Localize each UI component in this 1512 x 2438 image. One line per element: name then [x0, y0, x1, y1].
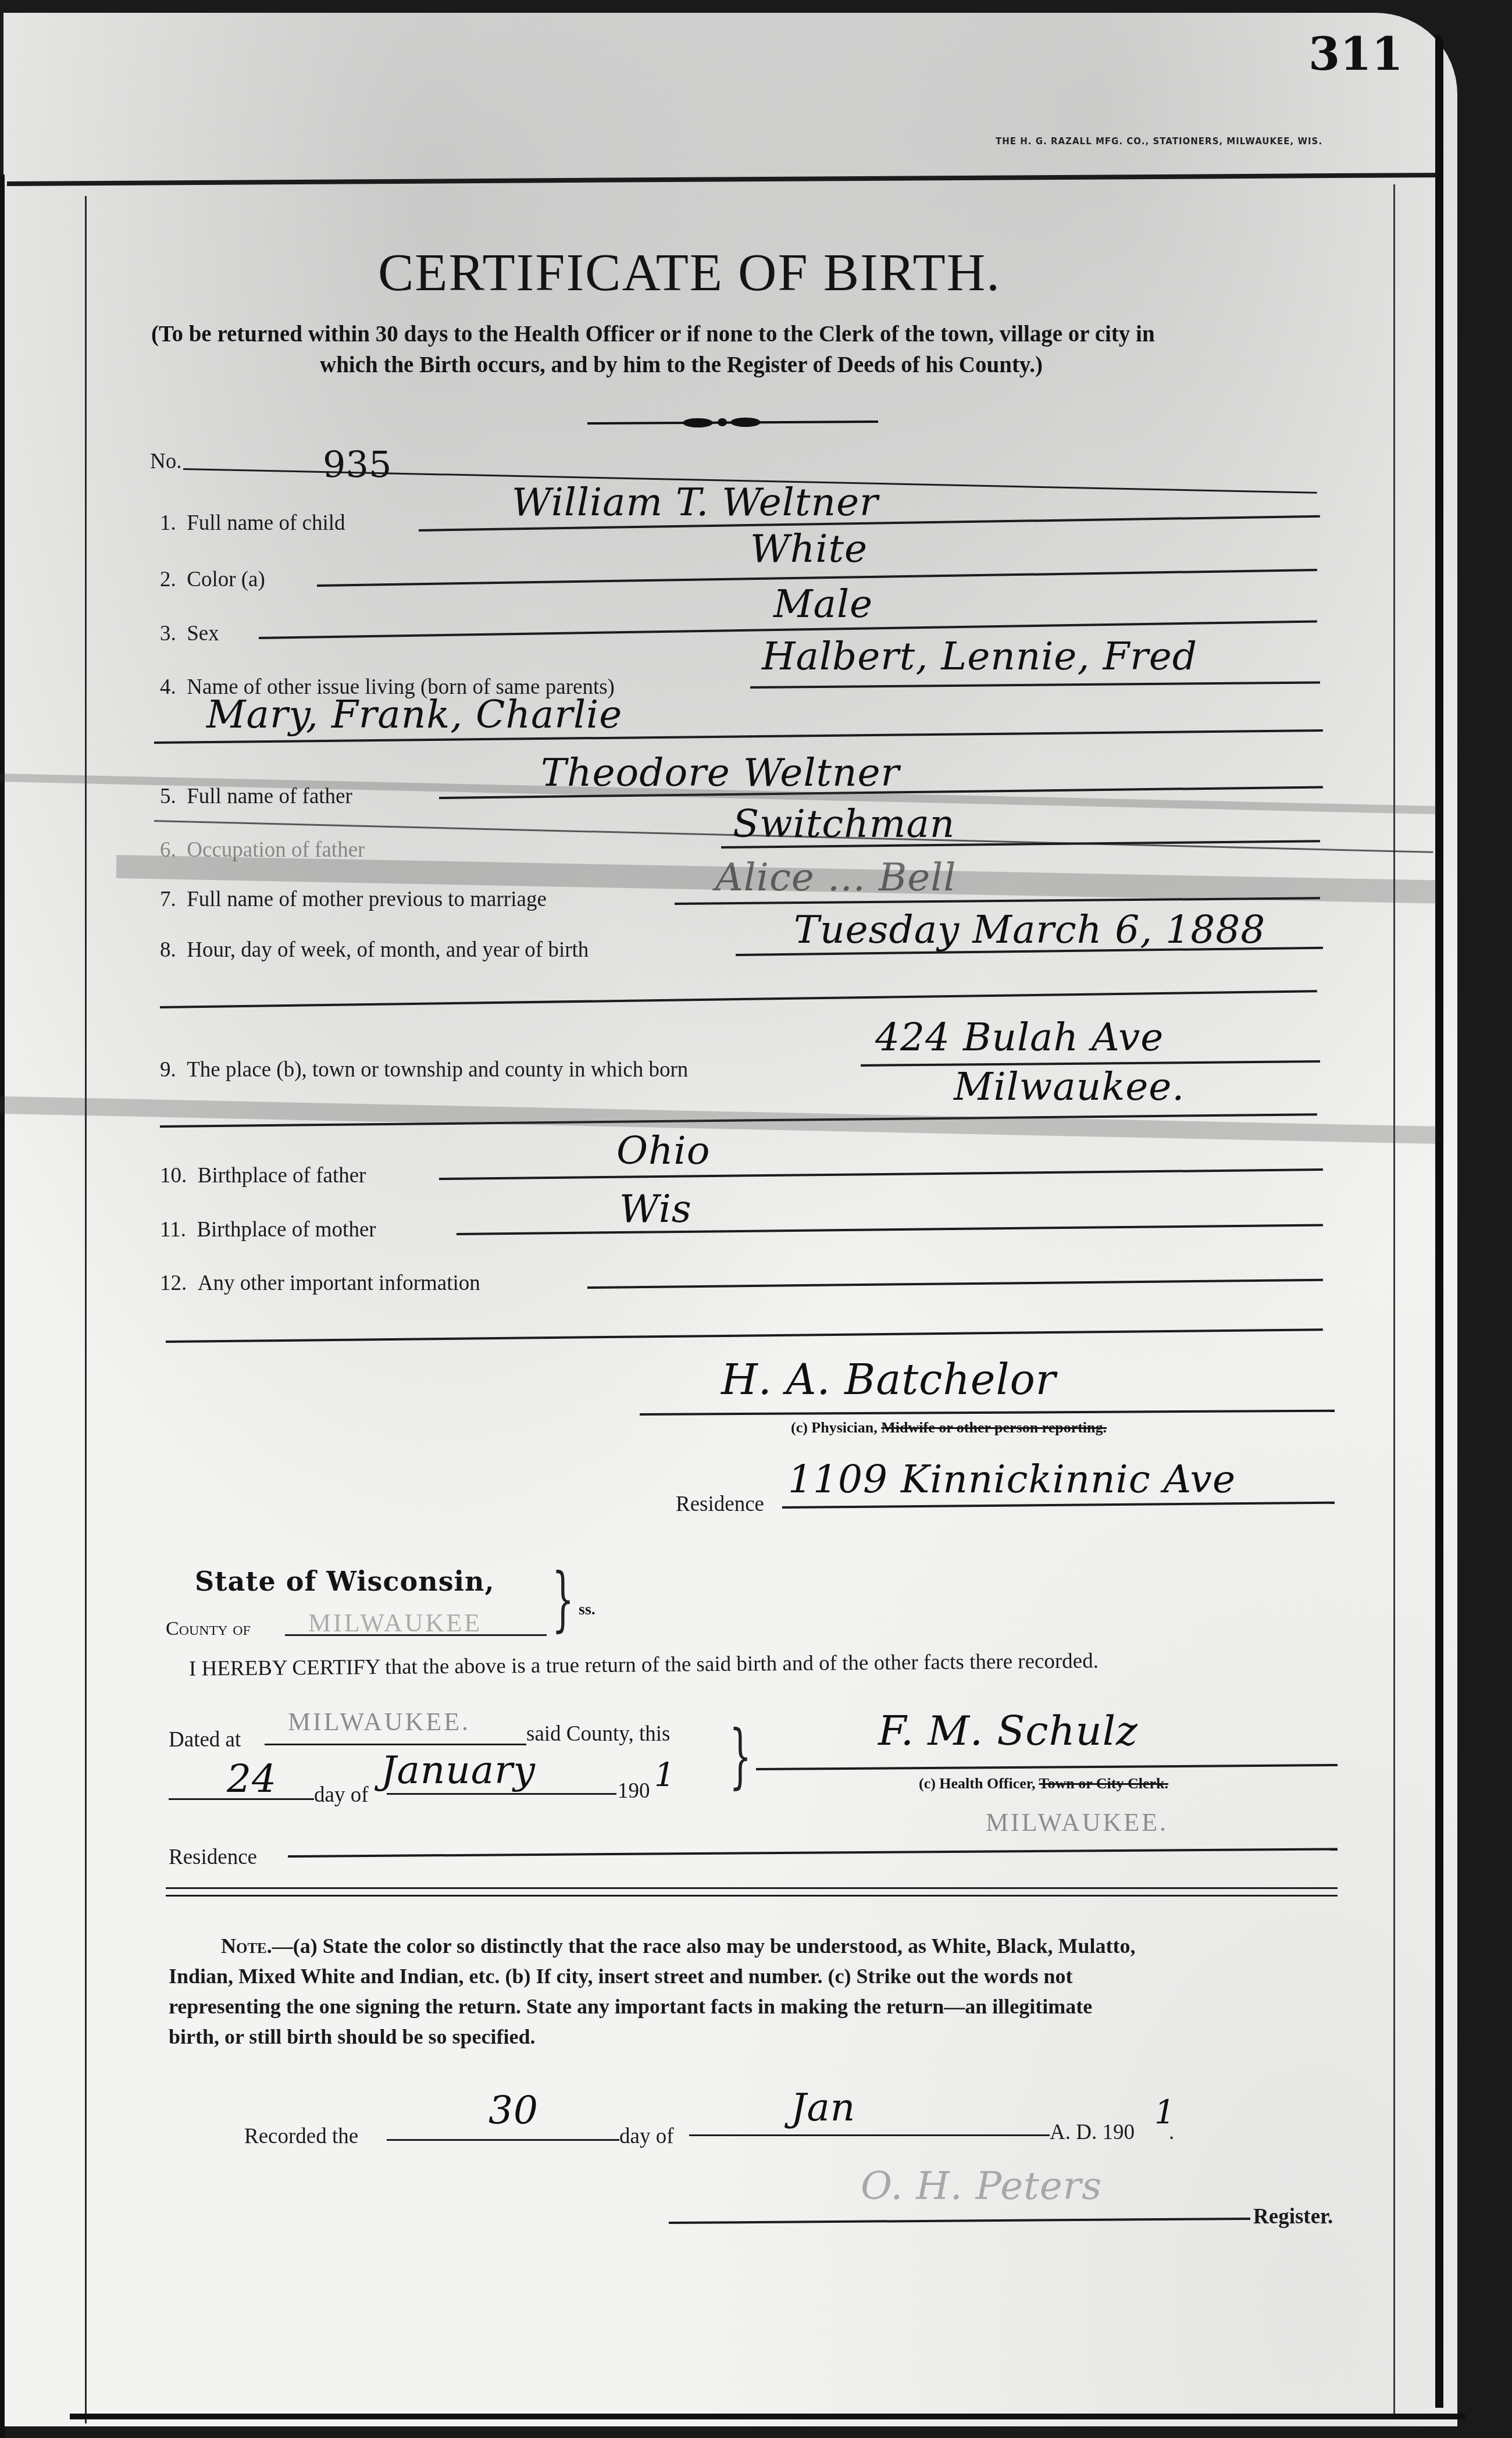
month-line — [387, 1793, 616, 1795]
physician-caption: (c) Physician, Midwife or other person r… — [791, 1419, 1107, 1437]
recorded-year-period: . — [1169, 2120, 1174, 2145]
field-7-label: 7. Full name of mother previous to marri… — [160, 887, 547, 912]
note-line-3: representing the one signing the return.… — [169, 1991, 1092, 2022]
recorded-month-line — [689, 2134, 1050, 2136]
health-officer-caption: (c) Health Officer, Town or City Clerk. — [919, 1775, 1168, 1792]
field-12-label: 12. Any other important information — [160, 1271, 480, 1296]
document-title: CERTIFICATE OF BIRTH. — [378, 241, 1001, 303]
brace-icon: } — [729, 1716, 751, 1797]
field-2-label: 2. Color (a) — [160, 567, 265, 592]
field-1-value[interactable]: William T. Weltner — [512, 480, 879, 525]
field-6-value[interactable]: Switchman — [733, 801, 955, 846]
field-9-value-continued[interactable]: Milwaukee. — [954, 1064, 1185, 1109]
left-binding-edge — [0, 174, 5, 2438]
field-3-value[interactable]: Male — [773, 582, 873, 626]
certification-day-value[interactable]: 24 — [227, 1756, 277, 1801]
field-8-label: 8. Hour, day of week, of month, and year… — [160, 938, 589, 963]
recorded-ad-label: A. D. 190 — [1050, 2120, 1135, 2145]
health-officer-signature[interactable]: F. M. Schulz — [878, 1707, 1138, 1755]
section-divider-1 — [166, 1887, 1338, 1889]
scan-border-right — [1460, 0, 1512, 2438]
ss-label: ss. — [579, 1601, 595, 1619]
page-number: 311 — [1308, 28, 1403, 81]
note-line-4: birth, or still birth should be so speci… — [169, 2022, 535, 2052]
field-3-label: 3. Sex — [160, 621, 219, 646]
field-9-label: 9. The place (b), town or township and c… — [160, 1057, 688, 1082]
field-1-label: 1. Full name of child — [160, 511, 345, 536]
brace-icon: } — [552, 1559, 574, 1639]
field-9-value[interactable]: 424 Bulah Ave — [875, 1015, 1164, 1060]
left-margin-line — [85, 196, 87, 2423]
field-4-value-continued[interactable]: Mary, Frank, Charlie — [206, 692, 622, 737]
section-divider-2 — [166, 1895, 1338, 1897]
certification-month-value[interactable]: January — [381, 1748, 536, 1792]
year-prefix: 190 — [618, 1778, 650, 1803]
field-10-label: 10. Birthplace of father — [160, 1163, 366, 1188]
ornament-divider-icon — [587, 416, 878, 428]
top-rule — [7, 173, 1443, 186]
field-4-value[interactable]: Halbert, Lennie, Fred — [762, 634, 1197, 679]
recorded-label: Recorded the — [244, 2124, 358, 2149]
instructions-line-1: (To be returned within 30 days to the He… — [151, 321, 1155, 347]
dated-at-label: Dated at — [169, 1727, 241, 1752]
county-label: County of — [166, 1618, 251, 1640]
record-number-label: No. — [150, 449, 181, 474]
note-line-2: Indian, Mixed White and Indian, etc. (b)… — [169, 1961, 1072, 1991]
physician-signature[interactable]: H. A. Batchelor — [721, 1355, 1056, 1404]
register-signature[interactable]: O. H. Peters — [861, 2163, 1102, 2208]
field-11-label: 11. Birthplace of mother — [160, 1217, 376, 1242]
recorded-day-of-label: day of — [619, 2124, 674, 2149]
dated-at-stamp: MILWAUKEE. — [288, 1707, 470, 1737]
field-10-value[interactable]: Ohio — [616, 1128, 710, 1173]
certification-residence-label: Residence — [169, 1845, 257, 1870]
printer-imprint: THE H. G. RAZALL MFG. CO., STATIONERS, M… — [996, 136, 1322, 147]
physician-residence-label: Residence — [676, 1492, 764, 1517]
instructions-line-2: which the Birth occurs, and by him to th… — [320, 352, 1043, 378]
bottom-scan-edge — [70, 2414, 1465, 2419]
field-7-value[interactable]: Alice ... Bell — [715, 855, 957, 900]
right-margin-line — [1393, 184, 1395, 2418]
recorded-day-value[interactable]: 30 — [488, 2088, 539, 2133]
day-of-label: day of — [314, 1783, 369, 1808]
field-2-value[interactable]: White — [750, 526, 868, 571]
recorded-day-line — [387, 2139, 619, 2141]
note-line-1: Note.—(a) State the color so distinctly … — [221, 1931, 1135, 1961]
state-label: State of Wisconsin, — [195, 1566, 494, 1597]
field-8-value[interactable]: Tuesday March 6, 1888 — [794, 907, 1265, 952]
right-binding-edge — [1435, 35, 1443, 2408]
record-number-value: 935 — [323, 443, 391, 486]
said-county-label: said County, this — [526, 1721, 670, 1746]
register-label: Register. — [1253, 2204, 1333, 2229]
health-officer-stamp: MILWAUKEE. — [986, 1808, 1168, 1837]
recorded-month-value[interactable]: Jan — [791, 2085, 855, 2130]
certification-year-suffix[interactable]: 1 — [654, 1756, 676, 1794]
county-stamp: MILWAUKEE — [308, 1608, 482, 1638]
dated-at-line — [265, 1744, 526, 1745]
physician-residence-value[interactable]: 1109 Kinnickinnic Ave — [788, 1457, 1236, 1502]
field-11-value[interactable]: Wis — [619, 1186, 692, 1231]
